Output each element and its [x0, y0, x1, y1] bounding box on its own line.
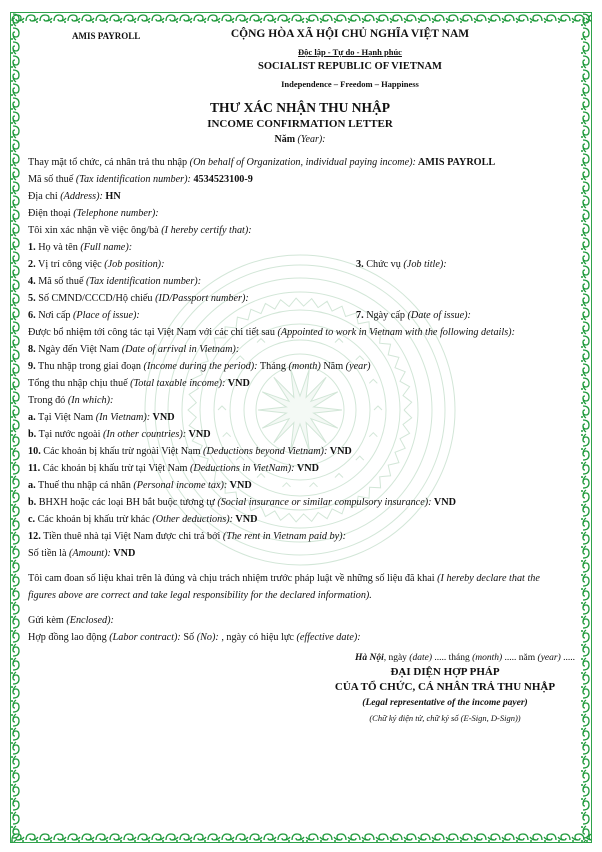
field-total-taxable: Tổng thu nhập chịu thuế (Total taxable i…	[28, 378, 250, 390]
text-segment: Mã số thuế	[36, 276, 86, 287]
text-segment: Số	[181, 632, 197, 643]
text-segment: (Date of issue):	[408, 310, 471, 321]
text-segment: figures above are correct and take legal…	[28, 590, 372, 601]
text-segment: , ngày	[384, 653, 410, 663]
field-appointed: Được bổ nhiệm tới công tác tại Việt Nam …	[28, 327, 515, 339]
year-label: Năm	[274, 134, 295, 145]
field-deductions-in: 11. Các khoản bị khấu trừ tại Việt Nam (…	[28, 463, 319, 475]
field-income-period: 9. Thu nhập trong giai đoạn (Income duri…	[28, 361, 371, 373]
border-pattern-left	[11, 13, 21, 842]
field-in-which: Trong đó (In which):	[28, 395, 113, 407]
field-full-name: 1. Họ và tên (Full name):	[28, 242, 132, 254]
text-segment: (effective date):	[296, 632, 360, 643]
field-job-position-right: 3. Chức vụ (Job title):	[356, 259, 447, 271]
text-segment: 12.	[28, 531, 41, 542]
text-segment: Số tiền là	[28, 548, 69, 559]
text-segment: (Job position):	[104, 259, 164, 270]
text-segment: (Deductions beyond Vietnam):	[203, 446, 327, 457]
text-segment: (Date of arrival in Vietnam):	[122, 344, 240, 355]
field-id-number: 5. Số CMND/CCCD/Hộ chiếu (ID/Passport nu…	[28, 293, 249, 305]
text-segment: b.	[28, 497, 36, 508]
field-job-position: 2. Vị trí công việc (Job position):	[28, 259, 164, 271]
field-in-vietnam: a. Tại Việt Nam (In Vietnam): VND	[28, 412, 175, 424]
text-segment: 7.	[356, 310, 364, 321]
text-segment: Vị trí công việc	[36, 259, 105, 270]
text-segment: Số CMND/CCCD/Hộ chiếu	[36, 293, 155, 304]
text-segment: Hợp đồng lao động	[28, 632, 109, 643]
field-declare-2: figures above are correct and take legal…	[28, 590, 372, 602]
text-segment: VND	[111, 548, 135, 559]
text-segment: 6.	[28, 310, 36, 321]
text-segment: (Tax identification number):	[86, 276, 201, 287]
text-segment: Các khoản bị khấu trừ khác	[35, 514, 152, 525]
text-segment: (Full name):	[80, 242, 132, 253]
field-labor-contract: Hợp đồng lao động (Labor contract): Số (…	[28, 632, 361, 644]
text-segment: Thuế thu nhập cá nhân	[36, 480, 134, 491]
text-segment: Ngày cấp	[364, 310, 408, 321]
company-name: AMIS PAYROLL	[72, 30, 140, 42]
text-segment: Tại Việt Nam	[36, 412, 96, 423]
text-segment: Được bổ nhiệm tới công tác tại Việt Nam …	[28, 327, 277, 338]
text-segment: (Tax identification number):	[76, 174, 191, 185]
signature-date: , ngày (date) ..... tháng (month) ..... …	[384, 653, 575, 663]
text-segment: Trong đó	[28, 395, 68, 406]
text-segment: Thu nhập trong giai đoạn	[36, 361, 144, 372]
border-pattern-top	[11, 13, 591, 23]
field-pit: a. Thuế thu nhập cá nhân (Personal incom…	[28, 480, 252, 492]
text-segment: Nơi cấp	[36, 310, 73, 321]
text-segment: Các khoản bị khấu trừ tại Việt Nam	[40, 463, 190, 474]
motto-en: Independence – Freedom – Happiness	[180, 78, 520, 90]
signature-title-1: ĐẠI DIỆN HỢP PHÁP	[310, 666, 580, 678]
signature-place: Hà Nội	[355, 653, 384, 663]
text-segment: (In which):	[68, 395, 114, 406]
text-segment: VND	[432, 497, 456, 508]
text-segment: (In Vietnam):	[96, 412, 150, 423]
text-segment: Địa chỉ	[28, 191, 60, 202]
income-confirmation-letter: AMIS PAYROLL CỘNG HÒA XÃ HỘI CHỦ NGHĨA V…	[0, 0, 602, 852]
text-segment: VND	[327, 446, 351, 457]
text-segment: (Social insurance or similar compulsory …	[217, 497, 431, 508]
text-segment: Gửi kèm	[28, 615, 66, 626]
text-segment: Năm	[321, 361, 346, 372]
text-segment: (Personal income tax):	[133, 480, 227, 491]
text-segment: (month)	[289, 361, 321, 372]
text-segment: 1.	[28, 242, 36, 253]
field-arrival-date: 8. Ngày đến Việt Nam (Date of arrival in…	[28, 344, 239, 356]
text-segment: (Income during the period):	[144, 361, 258, 372]
text-segment: VND	[150, 412, 174, 423]
field-certify: Tôi xin xác nhận về việc ông/bà (I hereb…	[28, 225, 252, 237]
text-segment: a.	[28, 412, 36, 423]
text-segment: Tại nước ngoài	[36, 429, 103, 440]
text-segment: VND	[227, 480, 251, 491]
text-segment: 4.	[28, 276, 36, 287]
signature-title-2: CỦA TỔ CHỨC, CÁ NHÂN TRẢ THU NHẬP	[310, 681, 580, 693]
field-place-of-issue: 6. Nơi cấp (Place of issue):	[28, 310, 140, 322]
text-segment: (Place of issue):	[73, 310, 140, 321]
text-segment: 2.	[28, 259, 36, 270]
signature-note: (Chữ ký điện tử, chữ ký số (E-Sign, D-Si…	[310, 712, 580, 724]
text-segment: 3.	[356, 259, 364, 270]
text-segment: Tôi xin xác nhận về việc ông/bà	[28, 225, 161, 236]
text-segment: (date)	[409, 653, 432, 663]
field-place-of-issue-right: 7. Ngày cấp (Date of issue):	[356, 310, 471, 322]
text-segment: .....	[561, 653, 575, 663]
text-segment: Tiền thuê nhà tại Việt Nam được chi trả …	[41, 531, 223, 542]
text-segment: Ngày đến Việt Nam	[36, 344, 122, 355]
text-segment: (Deductions in VietNam):	[190, 463, 295, 474]
nation-title-vn: CỘNG HÒA XÃ HỘI CHỦ NGHĨA VIỆT NAM	[180, 28, 520, 40]
border-pattern-bottom	[11, 832, 591, 842]
field-enclosed: Gửi kèm (Enclosed):	[28, 615, 114, 627]
text-segment: a.	[28, 480, 36, 491]
text-segment: (The rent in Vietnam paid by):	[223, 531, 346, 542]
text-segment: (Total taxable income):	[130, 378, 225, 389]
text-segment: (Address):	[60, 191, 103, 202]
text-segment: Tổng thu nhập chịu thuế	[28, 378, 130, 389]
text-segment: (ID/Passport number):	[155, 293, 249, 304]
field-tax-id: Mã số thuế (Tax identification number): …	[28, 174, 253, 186]
field-rent-paid-by: 12. Tiền thuê nhà tại Việt Nam được chi …	[28, 531, 346, 543]
text-segment: (Appointed to work in Vietnam with the f…	[277, 327, 515, 338]
text-segment: (No):	[197, 632, 219, 643]
field-deductions-beyond: 10. Các khoản bị khấu trừ ngoài Việt Nam…	[28, 446, 352, 458]
text-segment: VND	[295, 463, 319, 474]
text-segment: Các khoản bị khấu trừ ngoài Việt Nam	[41, 446, 203, 457]
document-title-en: INCOME CONFIRMATION LETTER	[150, 118, 450, 130]
field-amount: Số tiền là (Amount): VND	[28, 548, 135, 560]
nation-title-en: SOCIALIST REPUBLIC OF VIETNAM	[180, 61, 520, 73]
text-segment: (Job title):	[403, 259, 446, 270]
field-other-countries: b. Tại nước ngoài (In other countries): …	[28, 429, 211, 441]
text-segment: VND	[186, 429, 210, 440]
text-segment: Điện thoại	[28, 208, 73, 219]
text-segment: 5.	[28, 293, 36, 304]
text-segment: (Telephone number):	[73, 208, 158, 219]
text-segment: Chức vụ	[364, 259, 404, 270]
text-segment: VND	[233, 514, 257, 525]
text-segment: (month)	[472, 653, 502, 663]
text-segment: (In other countries):	[103, 429, 186, 440]
year-field: Năm (Year):	[150, 134, 450, 146]
text-segment: 10.	[28, 446, 41, 457]
field-personal-tax-id: 4. Mã số thuế (Tax identification number…	[28, 276, 201, 288]
signature-subtitle: (Legal representative of the income paye…	[310, 697, 580, 709]
text-segment: (year)	[346, 361, 371, 372]
text-segment: Tôi cam đoan số liệu khai trên là đúng v…	[28, 573, 437, 584]
text-segment: Thay mặt tổ chức, cá nhân trả thu nhập	[28, 157, 190, 168]
text-segment: Mã số thuế	[28, 174, 76, 185]
field-other-deductions: c. Các khoản bị khấu trừ khác (Other ded…	[28, 514, 257, 526]
text-segment: 9.	[28, 361, 36, 372]
text-segment: , ngày có hiệu lực	[219, 632, 297, 643]
text-segment: (year)	[538, 653, 561, 663]
field-declare-1: Tôi cam đoan số liệu khai trên là đúng v…	[28, 573, 540, 585]
document-title-vn: THƯ XÁC NHẬN THU NHẬP	[150, 102, 450, 114]
field-address: Địa chỉ (Address): HN	[28, 191, 121, 203]
text-segment: (I hereby certify that):	[161, 225, 251, 236]
border-pattern-right	[581, 13, 591, 842]
text-segment: b.	[28, 429, 36, 440]
signature-date-line: Hà Nội, ngày (date) ..... tháng (month) …	[355, 652, 575, 664]
text-segment: ..... năm	[502, 653, 537, 663]
text-segment: BHXH hoặc các loại BH bắt buộc tương tự	[36, 497, 217, 508]
text-segment: (Labor contract):	[109, 632, 181, 643]
field-phone: Điện thoại (Telephone number):	[28, 208, 159, 220]
text-segment: 11.	[28, 463, 40, 474]
year-label-en: (Year):	[298, 134, 326, 145]
text-segment: AMIS PAYROLL	[416, 157, 495, 168]
text-segment: VND	[225, 378, 249, 389]
text-segment: 4534523100-9	[191, 174, 253, 185]
text-segment: Tháng	[258, 361, 289, 372]
text-segment: 8.	[28, 344, 36, 355]
text-segment: HN	[103, 191, 121, 202]
motto-vn: Độc lập - Tự do - Hạnh phúc	[180, 46, 520, 58]
text-segment: ..... tháng	[432, 653, 472, 663]
text-segment: (Enclosed):	[66, 615, 114, 626]
text-segment: (Amount):	[69, 548, 111, 559]
field-org: Thay mặt tổ chức, cá nhân trả thu nhập (…	[28, 157, 495, 169]
text-segment: (Other deductions):	[152, 514, 233, 525]
text-segment: (On behalf of Organization, individual p…	[190, 157, 416, 168]
field-social-insurance: b. BHXH hoặc các loại BH bắt buộc tương …	[28, 497, 456, 509]
text-segment: (I hereby declare that the	[437, 573, 540, 584]
text-segment: Họ và tên	[36, 242, 81, 253]
